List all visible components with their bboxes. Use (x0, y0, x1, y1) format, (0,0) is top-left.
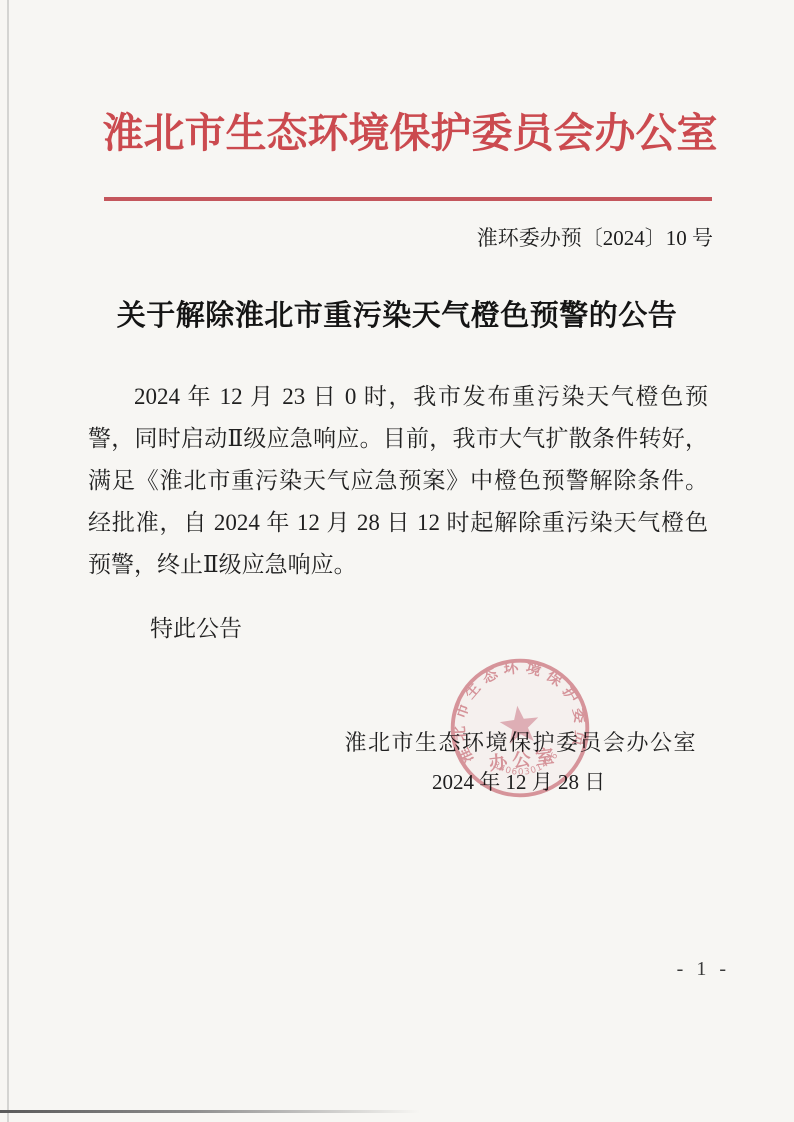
official-seal-graphic: 淮北市生态环境保护委员会 办公室 340603014963 (433, 641, 607, 815)
scan-edge-artifact-bottom (0, 1110, 420, 1113)
official-seal: 淮北市生态环境保护委员会 办公室 340603014963 (433, 641, 607, 815)
document-reference-number: 淮环委办预〔2024〕10 号 (477, 222, 713, 252)
scan-edge-artifact-left (7, 0, 9, 1122)
body-paragraph: 2024 年 12 月 23 日 0 时，我市发布重污染天气橙色预警，同时启动Ⅱ… (88, 376, 708, 586)
page-number: - 1 - (677, 958, 730, 981)
document-title: 关于解除淮北市重污染天气橙色预警的公告 (0, 293, 794, 334)
scanned-document-page: 淮北市生态环境保护委员会办公室 淮环委办预〔2024〕10 号 关于解除淮北市重… (0, 0, 794, 1122)
letterhead-divider-rule (104, 197, 712, 201)
closing-phrase: 特此公告 (150, 610, 242, 643)
letterhead-agency-name: 淮北市生态环境保护委员会办公室 (100, 100, 720, 159)
document-body: 2024 年 12 月 23 日 0 时，我市发布重污染天气橙色预警，同时启动Ⅱ… (88, 376, 708, 586)
